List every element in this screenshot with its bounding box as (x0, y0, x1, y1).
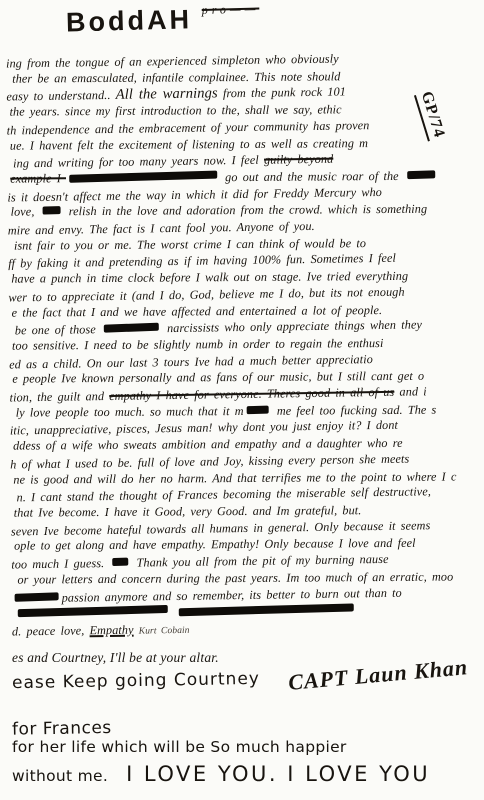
note-text: ue. I havent felt the excitement of list… (10, 136, 368, 153)
note-text: have a punch in time clock before I walk… (11, 269, 408, 286)
note-lines: ing from the tongue of an experienced si… (6, 50, 480, 641)
note-text: guilty beyond (264, 152, 333, 167)
redaction-bar (247, 406, 269, 415)
redaction-bar (407, 170, 435, 179)
closing-line-altar: es and Courtney, I'll be at your altar. (12, 650, 260, 666)
note-text: Kurt Cobain (139, 626, 190, 637)
note-text: ing from the tongue of an experienced si… (6, 52, 339, 71)
note-text: ing and writing for too many years now. … (13, 153, 264, 171)
dedication-line-frances: for Frances (12, 712, 430, 739)
note-text: the years. since my first introduction t… (9, 102, 341, 118)
redaction-bar (69, 171, 217, 183)
note-text: easy to understand.. (6, 88, 116, 104)
note-text: from the punk rock 101 (218, 85, 346, 101)
redaction-bar (179, 604, 354, 617)
note-text: ly love people too much. so much that it… (16, 404, 244, 420)
redaction-bar (43, 207, 61, 216)
dedication-line-without-me: without me. (12, 767, 108, 785)
note-text (171, 605, 176, 619)
note-text: too much I guess. (11, 556, 109, 571)
salutation-text: BoddAH (66, 4, 193, 37)
redaction-bar (15, 592, 59, 602)
love-you-text: I LOVE YOU. I LOVE YOU (126, 762, 430, 786)
note-text: love, (11, 205, 40, 219)
redaction-bar (18, 605, 168, 617)
note-text: isnt fair to you or me. The worst crime … (14, 236, 366, 252)
official-signature: CAPT Laun Khan (287, 654, 469, 696)
dedication-block: for Frances for her life which will be S… (12, 716, 430, 786)
note-text: e the fact that I and we have affected a… (12, 303, 383, 320)
redaction-bar (104, 323, 159, 333)
note-text: Thank you all from the pit of my burning… (131, 552, 388, 570)
note-text: mire and envy. The fact is I cant fool y… (8, 219, 315, 238)
note-text: narcissists who only appreciate things w… (162, 318, 422, 336)
note-text: be one of those (15, 322, 101, 337)
note-text: go out and the music roar of the (220, 169, 404, 184)
scribbled-word: pro—— (202, 1, 260, 17)
dedication-line-her-life: for her life which will be So much happi… (12, 738, 430, 756)
note-text: d. peace love, (12, 623, 90, 638)
redaction-bar (112, 558, 128, 567)
closing-line-courtney: ease Keep going Courtney (12, 669, 260, 693)
note-text: All the warnings (116, 86, 218, 104)
note-text: ddess of a wife who sweats ambition and … (13, 436, 403, 453)
note-text: that Ive become. I have it Good, very Go… (14, 503, 362, 519)
note-text: or your letters and concern during the p… (17, 569, 453, 586)
scanned-note-page: BoddAHpro—— GP/74 ing from the tongue of… (0, 0, 484, 800)
note-text: ther be an emasculated, infantile compla… (12, 69, 340, 85)
closing-block: es and Courtney, I'll be at your altar. … (12, 650, 260, 691)
note-text: empathy I have for everyone. Theres good… (109, 385, 394, 403)
note-text: tion, the guilt and (9, 389, 109, 404)
note-text: Empathy (89, 623, 133, 638)
note-salutation: BoddAHpro—— (66, 1, 260, 38)
note-text: and i (394, 384, 427, 398)
dedication-last-row: without me. I LOVE YOU. I LOVE YOU (12, 762, 430, 786)
note-text: example I (10, 171, 66, 185)
note-text: too sensitive. I need to be slightly num… (12, 336, 384, 353)
note-text: th independence and the embracement of y… (7, 118, 370, 137)
note-text: me feel too fucking sad. The s (272, 402, 437, 417)
